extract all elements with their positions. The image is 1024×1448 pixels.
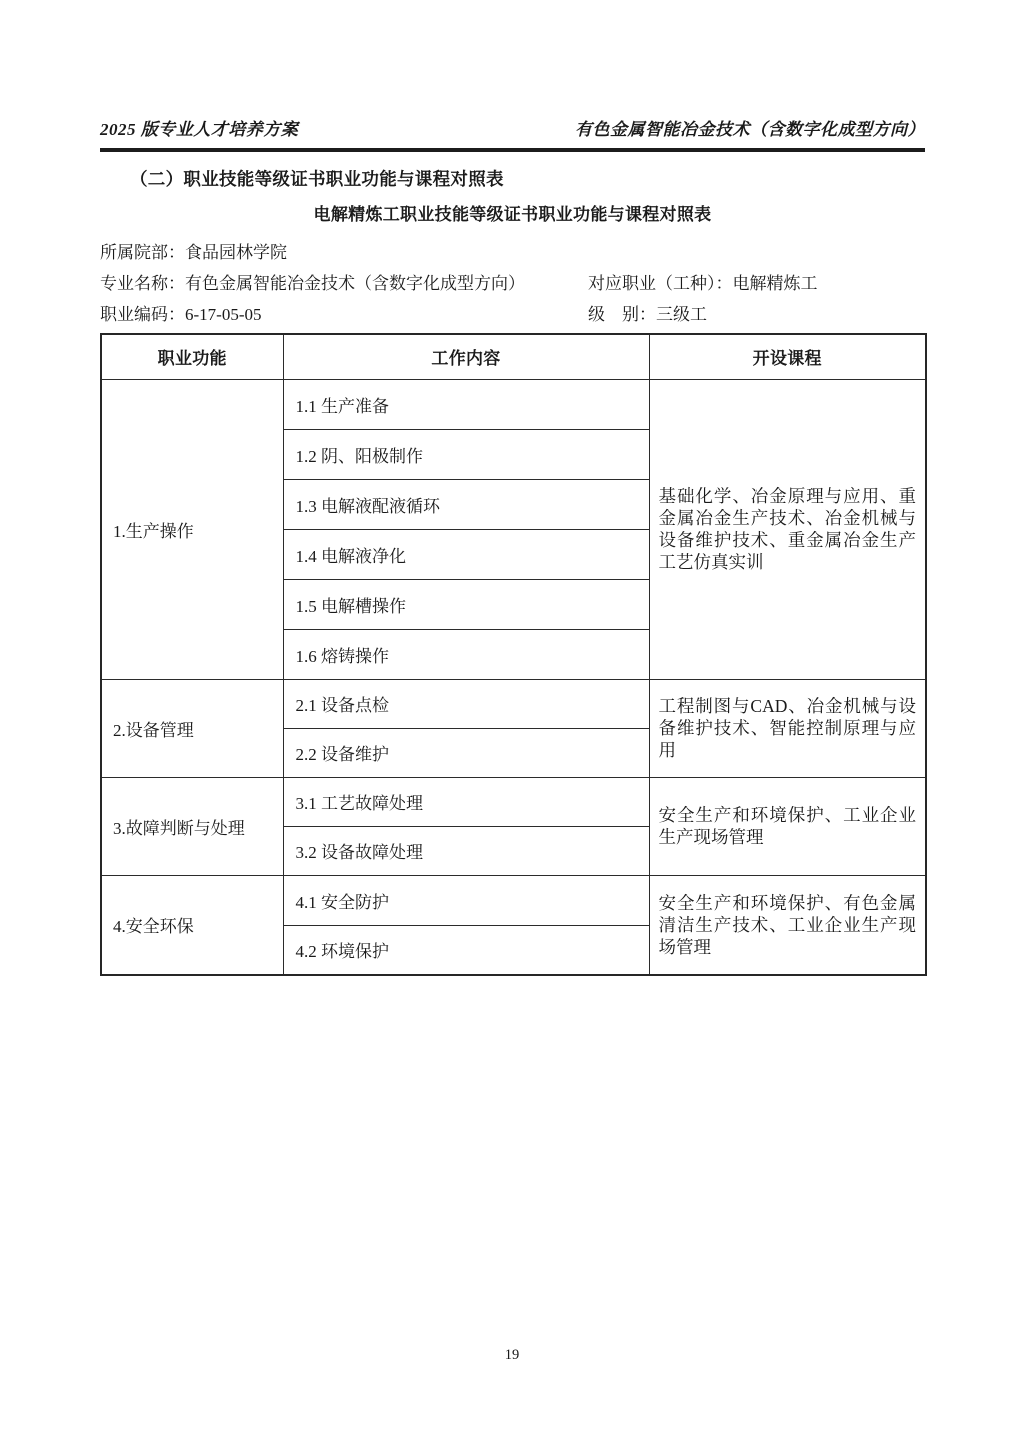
table-row: 2.设备管理2.1 设备点检工程制图与CAD、冶金机械与设备维护技术、智能控制原… xyxy=(101,679,926,728)
task-cell: 1.3 电解液配液循环 xyxy=(283,479,649,529)
mapping-table: 职业功能工作内容开设课程1.生产操作1.1 生产准备基础化学、冶金原理与应用、重… xyxy=(100,333,927,976)
table-row: 4.安全环保4.1 安全防护安全生产和环境保护、有色金属清洁生产技术、工业企业生… xyxy=(101,875,926,925)
header-right-text: 有色金属智能冶金技术（含数字化成型方向） xyxy=(575,119,925,141)
level-value: 三级工 xyxy=(656,305,707,324)
task-cell: 3.1 工艺故障处理 xyxy=(283,777,649,826)
courses-cell: 工程制图与CAD、冶金机械与设备维护技术、智能控制原理与应用 xyxy=(649,679,926,777)
info-line-department: 所属院部：食品园林学院 xyxy=(100,242,925,263)
column-header: 职业功能 xyxy=(101,334,283,379)
function-cell: 3.故障判断与处理 xyxy=(101,777,283,875)
task-cell: 1.5 电解槽操作 xyxy=(283,579,649,629)
table-row: 3.故障判断与处理3.1 工艺故障处理安全生产和环境保护、工业企业生产现场管理 xyxy=(101,777,926,826)
header-left-text: 2025 版专业人才培养方案 xyxy=(100,119,298,141)
info-line-major: 专业名称：有色金属智能冶金技术（含数字化成型方向） 对应职业（工种）：电解精炼工 xyxy=(100,273,925,294)
level-field: 级 别：三级工 xyxy=(588,304,707,325)
code-label: 职业编码： xyxy=(100,305,185,324)
task-cell: 1.2 阴、阳极制作 xyxy=(283,429,649,479)
page-number: 19 xyxy=(0,1347,1024,1364)
major-label: 专业名称： xyxy=(100,274,185,293)
task-cell: 2.1 设备点检 xyxy=(283,679,649,728)
info-line-code: 职业编码：6-17-05-05 级 别：三级工 xyxy=(100,304,925,325)
courses-cell: 安全生产和环境保护、工业企业生产现场管理 xyxy=(649,777,926,875)
header-double-rule xyxy=(100,148,925,152)
task-cell: 4.2 环境保护 xyxy=(283,925,649,975)
document-page: { "page": { "header_left": "2025 版专业人才培养… xyxy=(0,0,1024,1448)
courses-cell: 安全生产和环境保护、有色金属清洁生产技术、工业企业生产现场管理 xyxy=(649,875,926,975)
column-header: 工作内容 xyxy=(283,334,649,379)
function-cell: 4.安全环保 xyxy=(101,875,283,975)
task-cell: 3.2 设备故障处理 xyxy=(283,826,649,875)
column-header: 开设课程 xyxy=(649,334,926,379)
task-cell: 1.6 熔铸操作 xyxy=(283,629,649,679)
task-cell: 4.1 安全防护 xyxy=(283,875,649,925)
table-row: 1.生产操作1.1 生产准备基础化学、冶金原理与应用、重金属冶金生产技术、冶金机… xyxy=(101,379,926,429)
header-row: 职业功能工作内容开设课程 xyxy=(101,334,926,379)
major-value: 有色金属智能冶金技术（含数字化成型方向） xyxy=(185,274,525,293)
function-cell: 1.生产操作 xyxy=(101,379,283,679)
code-value: 6-17-05-05 xyxy=(185,305,261,324)
occupation-value: 电解精炼工 xyxy=(733,274,818,293)
task-cell: 2.2 设备维护 xyxy=(283,728,649,777)
page-content: 2025 版专业人才培养方案 有色金属智能冶金技术（含数字化成型方向） （二）职… xyxy=(100,0,925,976)
department-value: 食品园林学院 xyxy=(185,243,287,262)
running-header: 2025 版专业人才培养方案 有色金属智能冶金技术（含数字化成型方向） xyxy=(100,0,925,141)
courses-cell: 基础化学、冶金原理与应用、重金属冶金生产技术、冶金机械与设备维护技术、重金属冶金… xyxy=(649,379,926,679)
task-cell: 1.1 生产准备 xyxy=(283,379,649,429)
department-label: 所属院部： xyxy=(100,243,185,262)
section-heading: （二）职业技能等级证书职业功能与课程对照表 xyxy=(100,168,925,191)
level-label: 级 别： xyxy=(588,305,656,324)
occupation-field: 对应职业（工种）：电解精炼工 xyxy=(588,273,818,294)
occupation-label: 对应职业（工种）： xyxy=(588,274,733,293)
function-cell: 2.设备管理 xyxy=(101,679,283,777)
task-cell: 1.4 电解液净化 xyxy=(283,529,649,579)
table-title: 电解精炼工职业技能等级证书职业功能与课程对照表 xyxy=(100,203,925,226)
info-block: 所属院部：食品园林学院 专业名称：有色金属智能冶金技术（含数字化成型方向） 对应… xyxy=(100,242,925,325)
